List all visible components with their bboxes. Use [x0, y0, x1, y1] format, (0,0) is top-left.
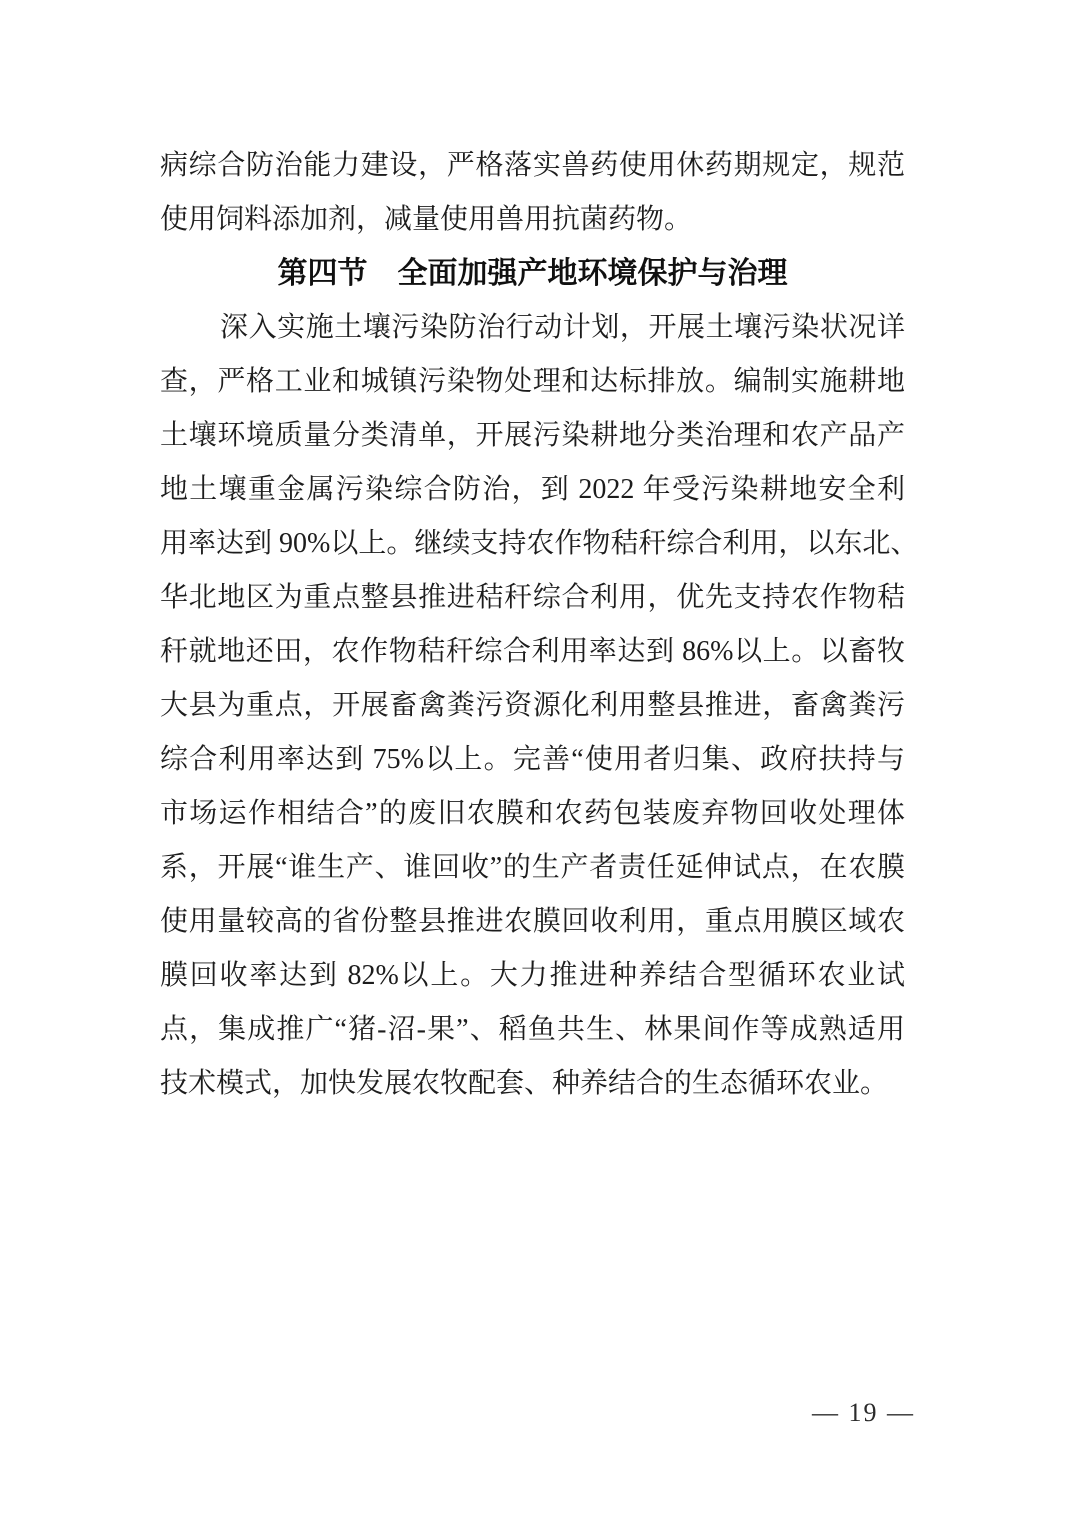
text-line: 系，开展“谁生产、谁回收”的生产者责任延伸试点，在农膜	[160, 841, 905, 895]
text-line: 综合利用率达到 75%以上。完善“使用者归集、政府扶持与	[160, 733, 905, 787]
text-line: 大县为重点，开展畜禽粪污资源化利用整县推进，畜禽粪污	[160, 679, 905, 733]
section-paragraph: 深入实施土壤污染防治行动计划，开展土壤污染状况详查，严格工业和城镇污染物处理和达…	[160, 301, 905, 1111]
text-line: 秆就地还田，农作物秸秆综合利用率达到 86%以上。以畜牧	[160, 625, 905, 679]
text-line: 用率达到 90%以上。继续支持农作物秸秆综合利用，以东北、	[160, 517, 905, 571]
document-body: 病综合防治能力建设，严格落实兽药使用休药期规定，规范使用饲料添加剂，减量使用兽用…	[160, 139, 905, 1111]
text-line: 华北地区为重点整县推进秸秆综合利用，优先支持农作物秸	[160, 571, 905, 625]
page-number: — 19 —	[812, 1396, 915, 1430]
section-heading: 第四节 全面加强产地环境保护与治理	[160, 247, 905, 301]
text-line: 病综合防治能力建设，严格落实兽药使用休药期规定，规范	[160, 139, 905, 193]
previous-paragraph-end: 病综合防治能力建设，严格落实兽药使用休药期规定，规范使用饲料添加剂，减量使用兽用…	[160, 139, 905, 247]
text-line: 使用饲料添加剂，减量使用兽用抗菌药物。	[160, 193, 905, 247]
text-line: 技术模式，加快发展农牧配套、种养结合的生态循环农业。	[160, 1057, 905, 1111]
text-line: 地土壤重金属污染综合防治，到 2022 年受污染耕地安全利	[160, 463, 905, 517]
text-line: 点，集成推广“猪-沼-果”、稻鱼共生、林果间作等成熟适用	[160, 1003, 905, 1057]
text-line: 市场运作相结合”的废旧农膜和农药包装废弃物回收处理体	[160, 787, 905, 841]
text-line: 土壤环境质量分类清单，开展污染耕地分类治理和农产品产	[160, 409, 905, 463]
text-line: 膜回收率达到 82%以上。大力推进种养结合型循环农业试	[160, 949, 905, 1003]
document-page: 病综合防治能力建设，严格落实兽药使用休药期规定，规范使用饲料添加剂，减量使用兽用…	[0, 0, 1080, 1528]
text-line: 深入实施土壤污染防治行动计划，开展土壤污染状况详	[160, 301, 905, 355]
text-line: 使用量较高的省份整县推进农膜回收利用，重点用膜区域农	[160, 895, 905, 949]
text-line: 查，严格工业和城镇污染物处理和达标排放。编制实施耕地	[160, 355, 905, 409]
